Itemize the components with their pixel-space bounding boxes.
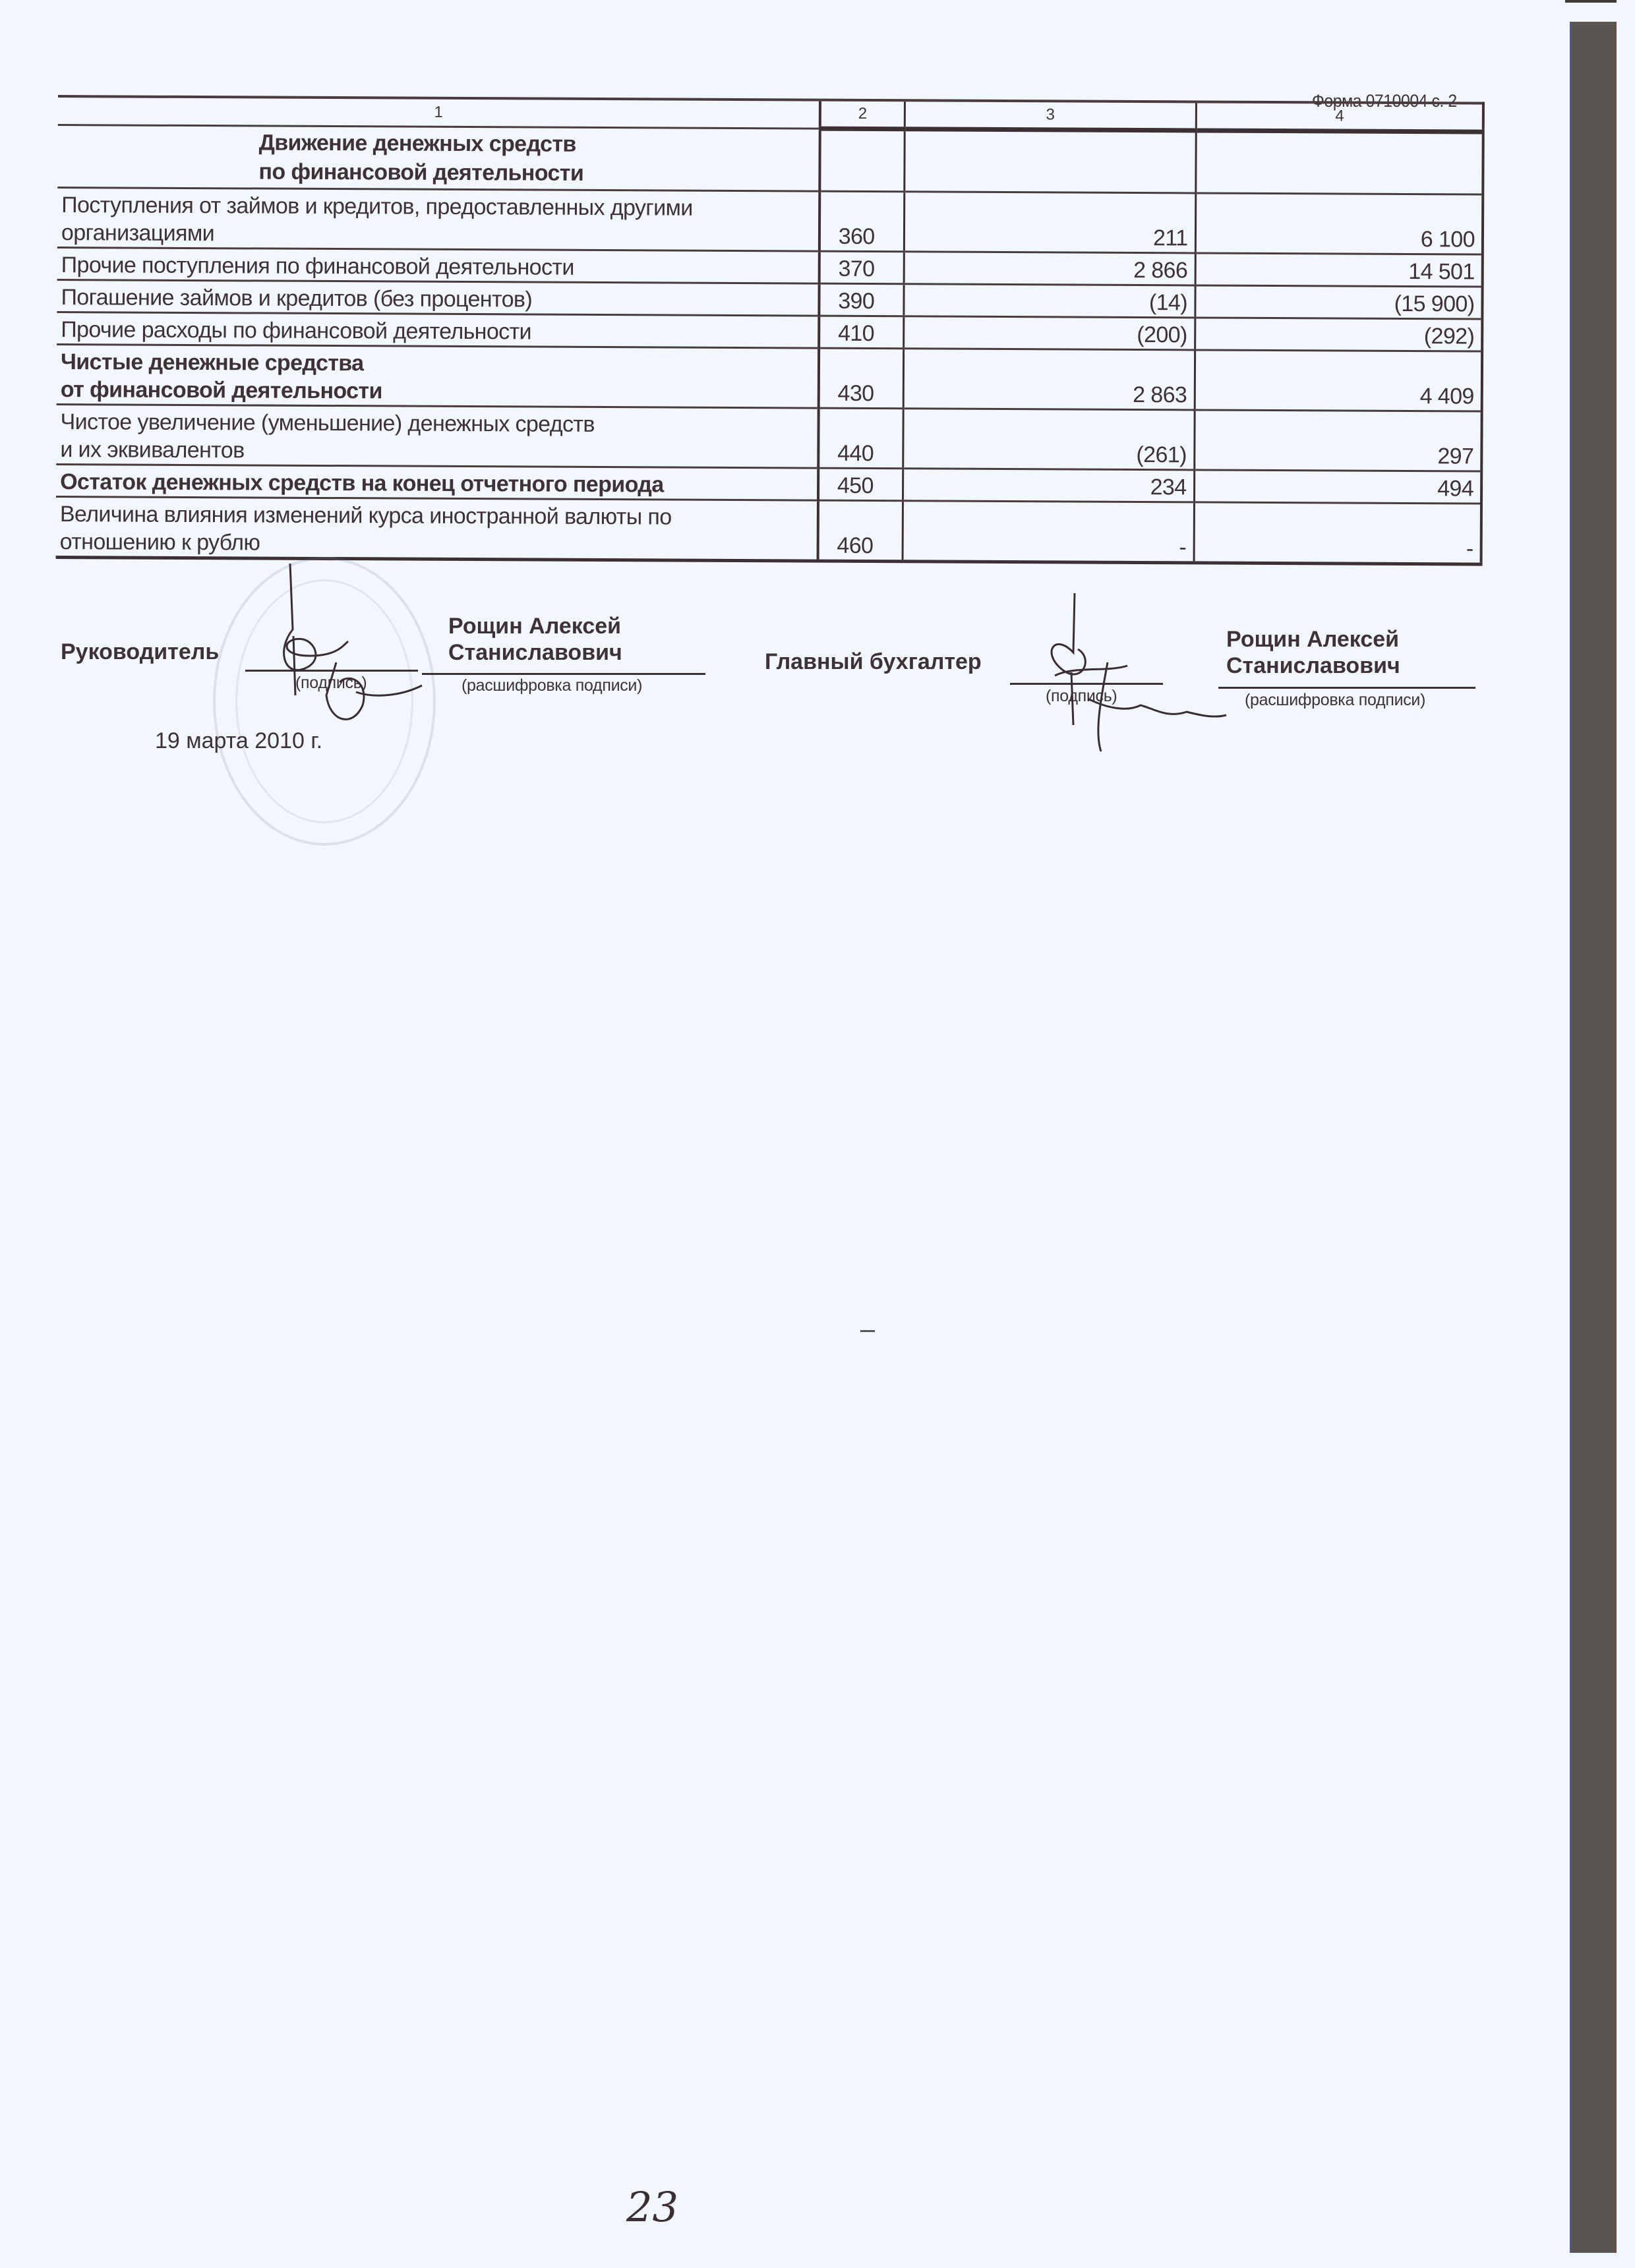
current-period-value: 2 866 [904, 252, 1195, 285]
current-period-value: (14) [903, 284, 1195, 318]
section-title-line: по финансовой деятельности [258, 157, 814, 189]
previous-period-value: 4 409 [1195, 350, 1482, 411]
column-number: 2 [820, 100, 905, 129]
column-number: 1 [58, 96, 820, 129]
previous-period-value: 494 [1194, 470, 1481, 504]
row-label-line: отношению к рублю [60, 528, 813, 560]
row-code: 360 [819, 191, 904, 252]
row-code: 430 [819, 348, 903, 409]
head-signature-scribble [264, 564, 461, 735]
handwritten-page-number: 23 [626, 2183, 678, 2231]
column-number: 3 [905, 100, 1196, 131]
row-label-line: Величина влияния изменений курса иностра… [60, 500, 813, 532]
section-title-line: Движение денежных средств [259, 128, 815, 160]
row-label-line: Поступления от займов и кредитов, предос… [61, 191, 814, 223]
previous-period-value: - [1194, 502, 1481, 564]
previous-period-value: (15 900) [1195, 285, 1482, 319]
row-label: Остаток денежных средств на конец отчетн… [56, 464, 818, 500]
row-label-line: Чистые денежные средства [61, 348, 814, 380]
empty-cell [819, 129, 904, 192]
table-row-total: Чистые денежные средства от финансовой д… [57, 344, 1482, 411]
section-title: Движение денежных средств по финансовой … [57, 125, 819, 191]
chief-accountant-name-caption: (расшифровка подписи) [1245, 691, 1425, 710]
chief-accountant-name-line: Станиславович [1226, 653, 1400, 679]
chief-accountant-role-label: Главный бухгалтер [765, 649, 982, 675]
previous-period-value: 6 100 [1195, 193, 1483, 254]
head-role-label: Руководитель [61, 639, 219, 665]
table-row: Чистое увеличение (уменьшение) денежных … [56, 404, 1481, 471]
chief-accountant-signature-scribble [1015, 593, 1253, 778]
head-name-caption: (расшифровка подписи) [461, 676, 642, 695]
chief-accountant-name-line: Рощин Алексей [1226, 626, 1400, 653]
row-label: Поступления от займов и кредитов, предос… [57, 187, 819, 251]
row-label: Чистое увеличение (уменьшение) денежных … [56, 404, 818, 468]
row-code: 440 [818, 408, 903, 469]
scan-edge-top [1565, 0, 1617, 3]
scan-binding-edge [1570, 22, 1617, 2253]
previous-period-value: 14 501 [1195, 253, 1483, 287]
row-code: 370 [819, 251, 904, 284]
head-name-line: Станиславович [448, 639, 622, 666]
empty-cell [1195, 131, 1483, 194]
row-label: Прочие расходы по финансовой деятельност… [57, 312, 819, 348]
head-name: Рощин Алексей Станиславович [448, 613, 622, 666]
current-period-value: - [903, 501, 1194, 563]
table-row: Поступления от займов и кредитов, предос… [57, 187, 1483, 254]
row-code: 460 [818, 500, 903, 562]
current-period-value: 234 [903, 469, 1194, 502]
row-label: Величина влияния изменений курса иностра… [56, 496, 818, 561]
scan-speck [860, 1330, 875, 1332]
previous-period-value: 297 [1194, 410, 1481, 471]
head-name-line-underline [422, 673, 705, 675]
empty-cell [904, 129, 1195, 193]
row-label-line: от финансовой деятельности [61, 376, 814, 407]
table-row: Величина влияния изменений курса иностра… [56, 496, 1481, 564]
row-label: Чистые денежные средства от финансовой д… [57, 344, 819, 408]
row-label-line: Чистое увеличение (уменьшение) денежных … [60, 408, 813, 440]
row-label: Прочие поступления по финансовой деятель… [57, 247, 819, 283]
row-label: Погашение займов и кредитов (без процент… [57, 279, 819, 316]
chief-accountant-name: Рощин Алексей Станиславович [1226, 626, 1400, 679]
previous-period-value: (292) [1195, 318, 1482, 351]
row-code: 390 [819, 283, 903, 316]
head-name-line: Рощин Алексей [448, 613, 622, 639]
row-code: 410 [819, 316, 903, 349]
row-label-line: и их эквивалентов [60, 436, 813, 467]
chief-accountant-name-underline [1218, 687, 1475, 689]
current-period-value: 2 863 [903, 349, 1195, 410]
column-number: 4 [1196, 102, 1483, 132]
cash-flow-table: 1 2 3 4 Движение денежных средств по фин… [56, 95, 1485, 566]
section-header-row: Движение денежных средств по финансовой … [57, 125, 1483, 194]
row-code: 450 [818, 468, 903, 501]
row-label-line: организациями [61, 219, 814, 250]
current-period-value: 211 [904, 192, 1195, 253]
current-period-value: (261) [903, 409, 1194, 470]
sign-date: 19 марта 2010 г. [155, 728, 322, 754]
current-period-value: (200) [903, 316, 1195, 350]
